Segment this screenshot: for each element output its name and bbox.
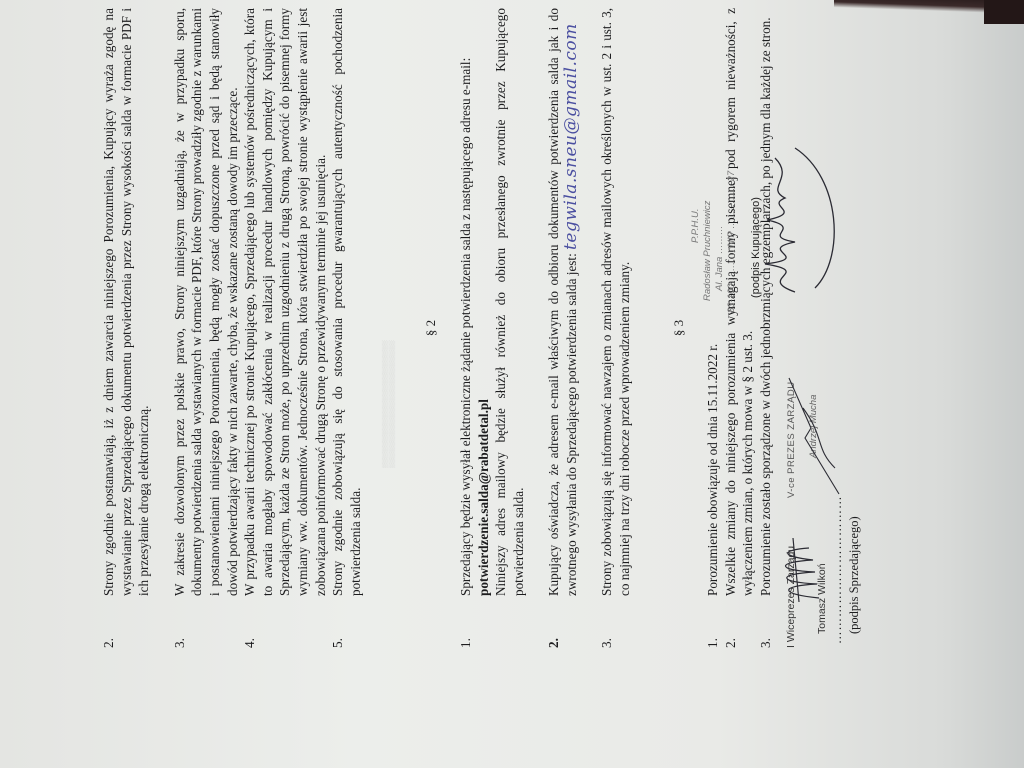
stamp-line: Radosław Pruchniewicz (702, 171, 714, 313)
stamp-line: 83-100 ………, NIP ……………27 (726, 171, 738, 313)
seller-stamp-title: I Wiceprezes Zarządu (783, 546, 801, 648)
bleed-through-text: ▒▒▒▒▒▒▒▒▒▒▒▒▒▒▒ (380, 340, 398, 468)
item-text: W zakresie dozwolonym przez polskie praw… (171, 8, 241, 596)
paragraph-item-2: 2. Strony zgodnie postanawiają, iż z dni… (100, 8, 153, 648)
section-3-item-1: 1. Porozumienie obowiązuje od dnia 15.11… (704, 8, 722, 648)
signature-area: I Wiceprezes Zarządu Tomasz Wilkoń V-ce … (775, 8, 895, 648)
section-2-item-2: 2. Kupujący oświadcza, że adresem e-mail… (545, 8, 580, 648)
seller-signature-label: (podpis Sprzedającego) (846, 496, 864, 645)
vice-president-stamp: V-ce PREZES ZARZĄDU (783, 381, 801, 498)
paragraph-item-4: 4. W przypadku awarii technicznej po str… (241, 8, 329, 648)
section-2-item-3: 3. Strony zobowiązują się informować naw… (598, 8, 633, 648)
item-number: 3. (171, 596, 241, 648)
section-2-heading: § 2 (422, 8, 440, 648)
item-number: 2. (722, 596, 757, 648)
seller-stamp: I Wiceprezes Zarządu Tomasz Wilkoń (783, 546, 832, 648)
section-3-item-3: 3. Porozumienie zostało sporządzone w dw… (757, 8, 775, 648)
item-text: W przypadku awarii technicznej po stroni… (241, 8, 329, 596)
item-text: Strony zgodnie postanawiają, iż z dniem … (100, 8, 153, 596)
paragraph-item-5: 5. Strony zgodnie zobowiązują się do sto… (329, 8, 364, 648)
item-number: 1. (457, 596, 527, 648)
stamp-line: Al. Jana ……… (714, 171, 726, 313)
seller-signature-line: …………………………… (podpis Sprzedającego) (829, 496, 864, 645)
section-3-item-2: 2. Wszelkie zmiany do niniejszego porozu… (722, 8, 757, 648)
buyer-company-stamp: P.P.H.U. Radosław Pruchniewicz Al. Jana … (690, 171, 738, 313)
section-3-heading: § 3 (670, 8, 688, 648)
document-body: 2. Strony zgodnie postanawiają, iż z dni… (100, 8, 895, 648)
item-number: 4. (241, 596, 329, 648)
item-number: 3. (598, 596, 633, 648)
section-2-item-1: 1. Sprzedający będzie wysyłał elektronic… (457, 8, 527, 648)
buyer-signature-label: (podpis Kupującego) (748, 197, 766, 298)
item-text-part: Sprzedający będzie wysyłał elektroniczne… (458, 58, 473, 596)
item-number: 2. (545, 596, 580, 648)
seller-email: potwierdzenie.salda@rabatdetal.pl (476, 399, 491, 596)
handwritten-buyer-email: tegwila.sneu@gmail.com (561, 23, 581, 250)
item-text: Strony zobowiązują się informować nawzaj… (598, 8, 633, 596)
vice-president-name: Andrzej Mucha (805, 395, 823, 458)
item-number: 2. (100, 596, 153, 648)
item-number: 5. (329, 596, 364, 648)
signature-dots: …………………………… (829, 496, 847, 645)
document-page: 2. Strony zgodnie postanawiają, iż z dni… (0, 0, 1024, 768)
item-number: 3. (757, 596, 775, 648)
item-number: 1. (704, 596, 722, 648)
paragraph-item-3: 3. W zakresie dozwolonym przez polskie p… (171, 8, 241, 648)
item-text-part: Niniejszy adres mailowy będzie służył ró… (493, 8, 526, 596)
item-text: Sprzedający będzie wysyłał elektroniczne… (457, 8, 527, 596)
item-text: Strony zgodnie zobowiązują się do stosow… (329, 8, 364, 596)
item-text: Porozumienie zostało sporządzone w dwóch… (757, 8, 775, 596)
item-text: Kupujący oświadcza, że adresem e-mail wł… (545, 8, 580, 596)
stamp-line: P.P.H.U. (690, 171, 702, 313)
